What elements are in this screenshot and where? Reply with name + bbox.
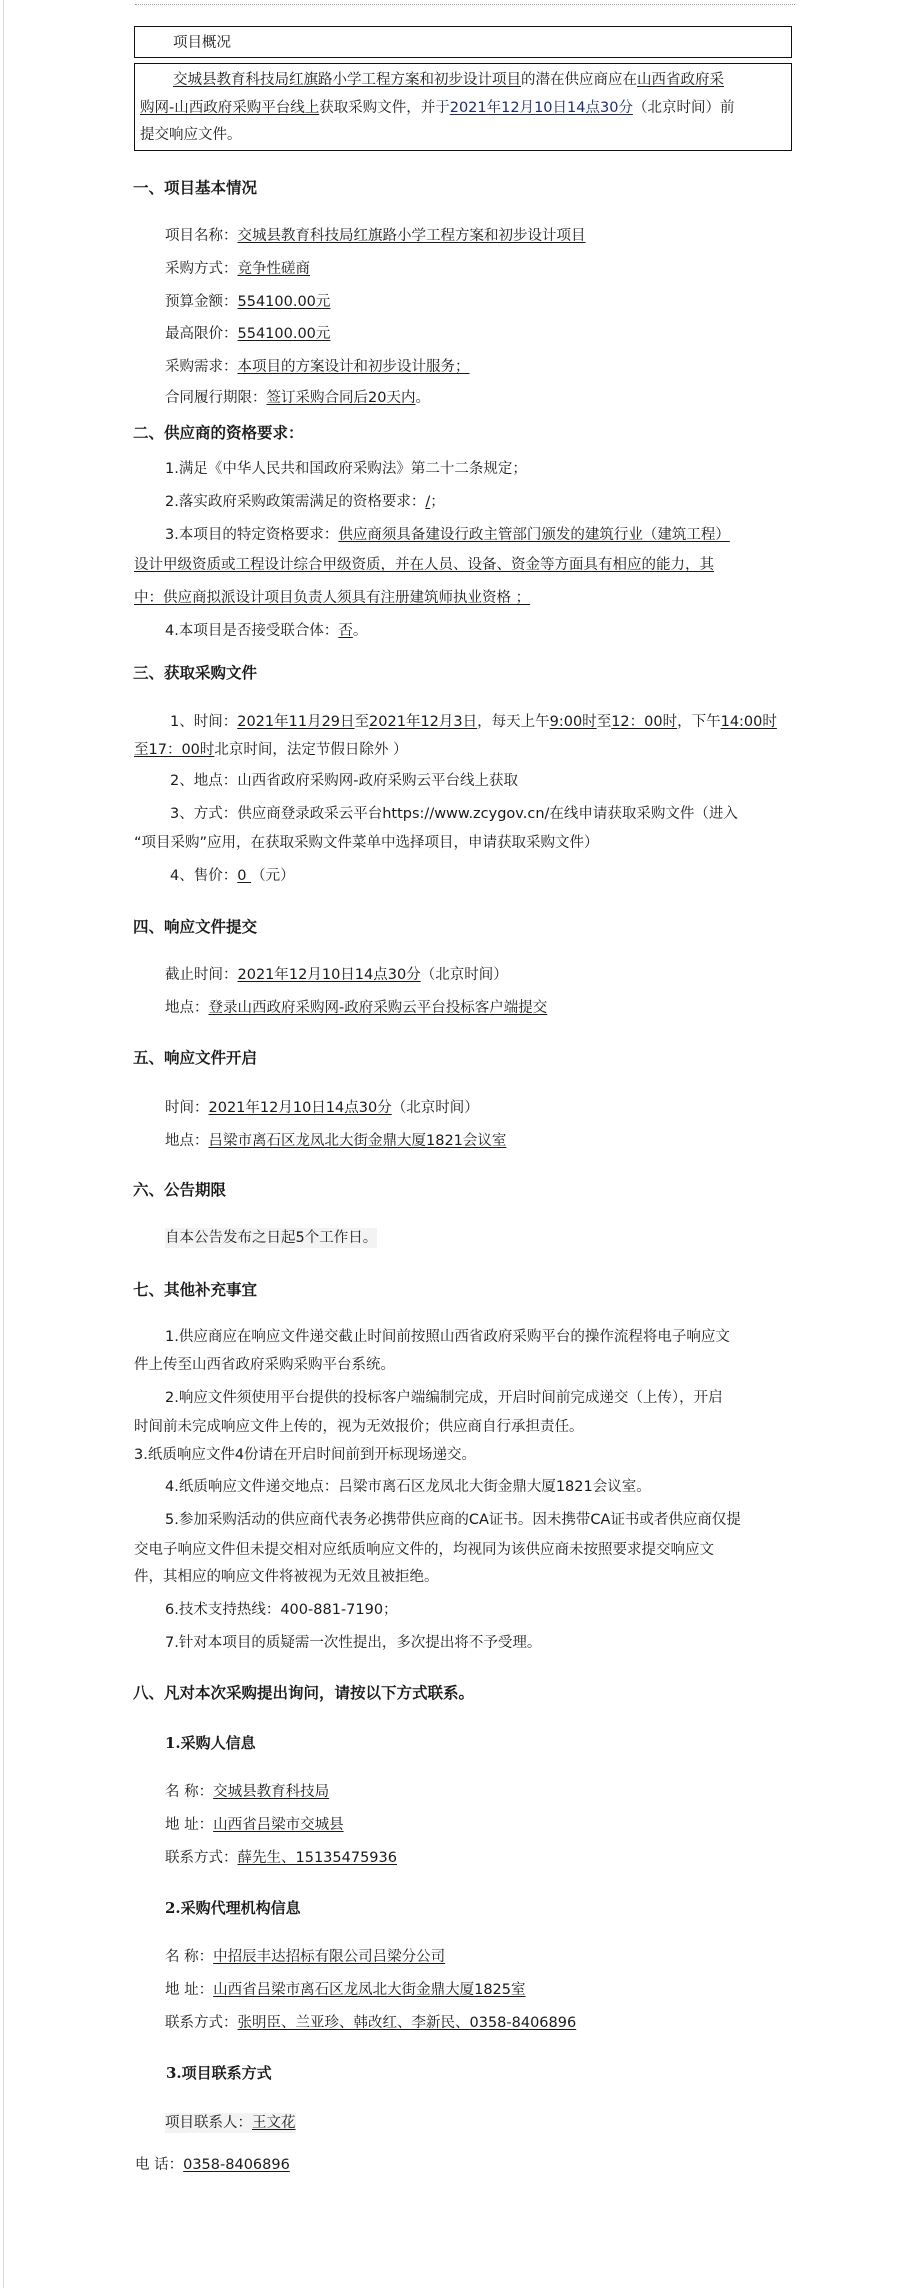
row-value: 14:00时	[721, 714, 777, 730]
row-label: 预算金额：	[165, 294, 238, 310]
overview-text: 于	[435, 100, 450, 116]
row-value: 交城县教育科技局	[213, 1784, 329, 1800]
project-name-link[interactable]: 交城县教育科技局红旗路小学工程方案和初步设计项目	[173, 72, 521, 88]
deadline-link[interactable]: 2021年12月10日14点30分	[450, 100, 633, 116]
overview-title: 项目概况	[173, 33, 231, 53]
row-value: 2021年12月10日14点30分	[209, 1100, 392, 1116]
row-value: 吕梁市离石区龙凤北大街金鼎大厦1821会议室	[209, 1133, 507, 1149]
row-label: 地 址：	[165, 1982, 213, 1998]
row-label: 采购方式：	[165, 261, 238, 277]
row-label: 联系方式：	[165, 2015, 238, 2031]
row-value: 山西省吕梁市交城县	[213, 1817, 344, 1833]
supplement-1-line-1: 1.供应商应在响应文件递交截止时间前按照山西省政府采购平台的操作流程将电子响应文	[165, 1327, 730, 1347]
row-value: 2021年12月3日	[369, 714, 477, 730]
obtain-method-line-1: 3、方式：供应商登录政采云平台https://www.zcygov.cn/在线申…	[170, 804, 738, 824]
row-label: 地点：	[165, 1133, 209, 1149]
row-label: 名 称：	[165, 1784, 213, 1800]
row-value: 至	[134, 742, 149, 758]
project-contact-person: 项目联系人：王文花	[165, 2113, 296, 2133]
qualification-3-line-3: 中：供应商拟派设计项目负责人须具有注册建筑师执业资格 ；	[134, 588, 530, 608]
section-2-heading: 二、供应商的资格要求：	[133, 423, 304, 443]
row-label: 名 称：	[165, 1949, 213, 1965]
row-value: 供应商须具备建设行政主管部门颁发的建筑行业（建筑工程）	[338, 527, 730, 543]
row-label: 1、时间：	[170, 714, 237, 730]
row-label: 时间：	[165, 1100, 209, 1116]
agency-address: 地 址：山西省吕梁市离石区龙凤北大街金鼎大厦1825室	[165, 1980, 526, 2000]
supplement-5-line-2: 交电子响应文件但未提交相对应纸质响应文件的，均视同为该供应商未按照要求提交响应文	[134, 1540, 714, 1560]
row-value: 本项目的方案设计和初步设计服务；	[238, 359, 470, 375]
row-label: 最高限价：	[165, 326, 238, 342]
row-label: 4、售价：	[170, 868, 237, 884]
section-1-heading: 一、项目基本情况	[133, 178, 257, 198]
procurement-method-row: 采购方式：竞争性磋商	[165, 259, 310, 279]
row-suffix: ；	[430, 494, 445, 510]
row-value: 否	[338, 623, 353, 639]
obtain-method-line-2: “项目采购”应用，在获取采购文件菜单中选择项目，申请获取采购文件）	[134, 833, 599, 853]
row-text: ，每天上午	[477, 714, 550, 730]
row-value: 登录山西政府采购网-政府采购云平台投标客户端提交	[209, 1000, 548, 1016]
project-name-row: 项目名称：交城县教育科技局红旗路小学工程方案和初步设计项目	[165, 226, 586, 246]
requirement-row: 采购需求：本项目的方案设计和初步设计服务；	[165, 357, 470, 377]
agency-contact: 联系方式：张明臣、兰亚珍、韩改红、李新民、0358-8406896	[165, 2013, 576, 2033]
row-suffix: 。	[353, 623, 368, 639]
page-left-border	[3, 0, 4, 2288]
purchaser-address: 地 址：山西省吕梁市交城县	[165, 1815, 344, 1835]
supplement-6: 6.技术支持热线：400-881-7190；	[165, 1600, 398, 1620]
overview-title-box	[134, 26, 792, 58]
purchaser-name: 名 称：交城县教育科技局	[165, 1782, 329, 1802]
row-value: 薛先生、15135475936	[238, 1850, 397, 1866]
row-value: 2021年11月29日	[237, 714, 354, 730]
qualification-4: 4.本项目是否接受联合体：否。	[165, 621, 367, 641]
opening-time: 时间：2021年12月10日14点30分（北京时间）	[165, 1098, 479, 1118]
opening-place: 地点：吕梁市离石区龙凤北大街金鼎大厦1821会议室	[165, 1131, 506, 1151]
row-value: 17：00时	[149, 742, 215, 758]
overview-line-2: 购网-山西政府采购平台线上获取采购文件，并于2021年12月10日14点30分（…	[140, 98, 734, 118]
qualification-3-line-2: 设计甲级资质或工程设计综合甲级资质，并在人员、设备、资金等方面具有相应的能力，其	[134, 555, 714, 575]
row-text: 至	[355, 714, 370, 730]
row-label: 项目联系人：	[165, 2115, 252, 2131]
obtain-price: 4、售价：0 （元）	[170, 866, 295, 886]
row-value: 竞争性磋商	[238, 261, 311, 277]
section-5-heading: 五、响应文件开启	[133, 1048, 257, 1068]
contract-period-row: 合同履行期限：签订采购合同后20天内。	[165, 388, 430, 408]
row-label: 2.落实政府采购政策需满足的资格要求：	[165, 494, 425, 510]
row-value: 9:00时	[550, 714, 597, 730]
section-4-heading: 四、响应文件提交	[133, 917, 257, 937]
row-value: 王文花	[252, 2115, 296, 2131]
row-value: 554100.00元	[238, 294, 331, 310]
row-text: 北京时间，法定节假日除外 ）	[214, 742, 407, 758]
section-3-heading: 三、获取采购文件	[133, 663, 257, 683]
row-label: 项目名称：	[165, 228, 238, 244]
row-label: 地 址：	[165, 1817, 213, 1833]
supplement-1-line-2: 件上传至山西省政府采购采购平台系统。	[134, 1355, 395, 1375]
row-label: 地点：	[165, 1000, 209, 1016]
row-value: 张明臣、兰亚珍、韩改红、李新民、0358-8406896	[238, 2015, 577, 2031]
overview-text: 获取采购文件，并	[319, 100, 435, 116]
row-value: 签订采购合同后20天内	[267, 390, 416, 406]
supplement-4: 4.纸质响应文件递交地点：吕梁市离石区龙凤北大街金鼎大厦1821会议室。	[165, 1477, 651, 1497]
notice-period: 自本公告发布之日起5个工作日。	[165, 1228, 377, 1248]
max-price-row: 最高限价：554100.00元	[165, 324, 330, 344]
platform-link-cont[interactable]: 购网-山西政府采购平台线上	[140, 100, 319, 116]
obtain-place: 2、地点：山西省政府采购网-政府采购云平台线上获取	[170, 771, 518, 791]
platform-link[interactable]: 山西省政府采	[637, 72, 724, 88]
overview-line-1: 交城县教育科技局红旗路小学工程方案和初步设计项目的潜在供应商应在山西省政府采	[173, 70, 724, 90]
row-text: 至	[597, 714, 612, 730]
supplement-3: 3.纸质响应文件4份请在开启时间前到开标现场递交。	[134, 1445, 476, 1465]
section-6-heading: 六、公告期限	[133, 1180, 226, 1200]
supplement-5-line-3: 件，其相应的响应文件将被视为无效且被拒绝。	[134, 1567, 439, 1587]
row-label: 合同履行期限：	[165, 390, 267, 406]
row-text: ，下午	[677, 714, 721, 730]
overview-text: （北京时间）前	[633, 100, 735, 116]
row-suffix: 。	[415, 390, 430, 406]
purchaser-contact: 联系方式：薛先生、15135475936	[165, 1848, 397, 1868]
qualification-3-line-1: 3.本项目的特定资格要求：供应商须具备建设行政主管部门颁发的建筑行业（建筑工程）	[165, 525, 730, 545]
budget-row: 预算金额：554100.00元	[165, 292, 330, 312]
submission-deadline: 截止时间：2021年12月10日14点30分（北京时间）	[165, 965, 508, 985]
agency-heading: 2.采购代理机构信息	[165, 1898, 301, 1918]
row-text: （北京时间）	[392, 1100, 479, 1116]
row-value: 0	[237, 868, 251, 884]
supplement-2-line-1: 2.响应文件须使用平台提供的投标客户端编制完成，开启时间前完成递交（上传），开启	[165, 1388, 723, 1408]
row-text: （北京时间）	[421, 967, 508, 983]
supplement-7: 7.针对本项目的质疑需一次性提出，多次提出将不予受理。	[165, 1633, 541, 1653]
section-7-heading: 七、其他补充事宜	[133, 1280, 257, 1300]
row-value: 山西省吕梁市离石区龙凤北大街金鼎大厦1825室	[213, 1982, 525, 1998]
supplement-2-line-2: 时间前未完成响应文件上传的，视为无效报价；供应商自行承担责任。	[134, 1417, 584, 1437]
row-value: 0358-8406896	[183, 2157, 290, 2173]
row-value: 554100.00元	[238, 326, 331, 342]
row-text: （元）	[251, 868, 295, 884]
supplement-5-line-1: 5.参加采购活动的供应商代表务必携带供应商的CA证书。因未携带CA证书或者供应商…	[165, 1510, 741, 1530]
top-dotted-divider	[135, 4, 795, 5]
obtain-time-line-1: 1、时间：2021年11月29日至2021年12月3日，每天上午9:00时至12…	[170, 712, 777, 732]
row-value: 交城县教育科技局红旗路小学工程方案和初步设计项目	[238, 228, 586, 244]
purchaser-heading: 1.采购人信息	[165, 1733, 256, 1753]
project-contact-phone: 电 话：0358-8406896	[135, 2155, 290, 2175]
submission-place: 地点：登录山西政府采购网-政府采购云平台投标客户端提交	[165, 998, 547, 1018]
row-value: 12：00时	[611, 714, 677, 730]
row-label: 4.本项目是否接受联合体：	[165, 623, 338, 639]
row-label: 3.本项目的特定资格要求：	[165, 527, 338, 543]
project-contact-heading: 3.项目联系方式	[166, 2063, 272, 2083]
qualification-2: 2.落实政府采购政策需满足的资格要求：/；	[165, 492, 445, 512]
overview-text: 的潜在供应商应在	[521, 72, 637, 88]
row-value: 2021年12月10日14点30分	[238, 967, 421, 983]
qualification-1: 1.满足《中华人民共和国政府采购法》第二十二条规定；	[165, 459, 527, 479]
row-value: 中招辰丰达招标有限公司吕梁分公司	[213, 1949, 445, 1965]
row-label: 截止时间：	[165, 967, 238, 983]
agency-name: 名 称：中招辰丰达招标有限公司吕梁分公司	[165, 1947, 445, 1967]
overview-line-3: 提交响应文件。	[140, 125, 242, 145]
section-8-heading: 八、凡对本次采购提出询问，请按以下方式联系。	[133, 1683, 474, 1703]
row-label: 联系方式：	[165, 1850, 238, 1866]
obtain-time-line-2: 至17：00时北京时间，法定节假日除外 ）	[134, 740, 408, 760]
row-label: 电 话：	[135, 2157, 183, 2173]
row-label: 采购需求：	[165, 359, 238, 375]
